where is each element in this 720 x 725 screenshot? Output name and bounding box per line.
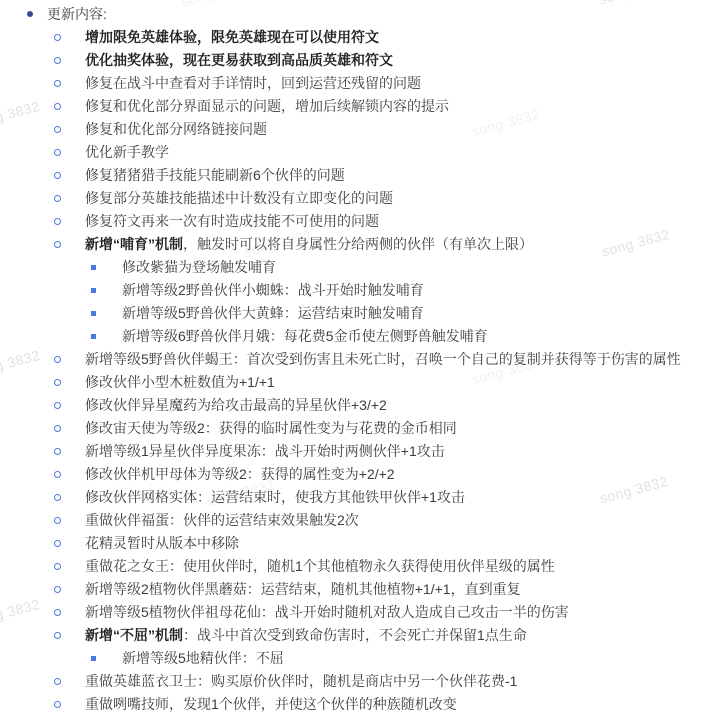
bullet-circle-icon (54, 448, 61, 455)
list-item: 新增等级5野兽伙伴大黄蜂：运营结束时触发哺育 (0, 302, 720, 325)
list-item-text: 新增等级5地精伙伴：不屈 (122, 650, 284, 666)
list-item: 修复在战斗中查看对手详情时，回到运营还残留的问题 (0, 72, 720, 95)
list-item: 修改伙伴小型木桩数值为+1/+1 (0, 371, 720, 394)
list-item-text: 增加限免英雄体验，限免英雄现在可以使用符文 (85, 29, 379, 45)
list-item-text: 新增等级5野兽伙伴大黄蜂：运营结束时触发哺育 (122, 305, 424, 321)
list-item: 修复部分英雄技能描述中计数没有立即变化的问题 (0, 187, 720, 210)
bullet-square-icon (91, 311, 96, 316)
list-item-text: 修复部分英雄技能描述中计数没有立即变化的问题 (85, 190, 393, 206)
list-item-text: 重做咧嘴技师，发现1个伙伴，并使这个伙伴的种族随机改变 (85, 696, 457, 712)
list-item: 修复和优化部分界面显示的问题，增加后续解锁内容的提示 (0, 95, 720, 118)
list-item-text: 新增等级2植物伙伴黑蘑菇：运营结束，随机其他植物+1/+1，直到重复 (85, 581, 521, 597)
bullet-circle-icon (54, 379, 61, 386)
bullet-circle-icon (54, 678, 61, 685)
list-item: 重做伙伴福蛋：伙伴的运营结束效果触发2次 (0, 509, 720, 532)
list-item: 修改伙伴机甲母体为等级2：获得的属性变为+2/+2 (0, 463, 720, 486)
list-item-text: 重做伙伴福蛋：伙伴的运营结束效果触发2次 (85, 512, 359, 528)
list-item: 新增“不屈”机制：战斗中首次受到致命伤害时，不会死亡并保留1点生命 (0, 624, 720, 647)
bullet-square-icon (91, 656, 96, 661)
bullet-circle-icon (54, 632, 61, 639)
bullet-circle-icon (54, 517, 61, 524)
bullet-circle-icon (54, 80, 61, 87)
bullet-circle-icon (54, 241, 61, 248)
bullet-circle-icon (54, 425, 61, 432)
list-item-text: 新增“不屈”机制：战斗中首次受到致命伤害时，不会死亡并保留1点生命 (85, 627, 527, 643)
list-item-text: 重做花之女王：使用伙伴时，随机1个其他植物永久获得使用伙伴星级的属性 (85, 558, 555, 574)
list-item-text: 新增等级5植物伙伴祖母花仙：战斗开始时随机对敌人造成自己攻击一半的伤害 (85, 604, 569, 620)
bullet-circle-icon (54, 218, 61, 225)
bullet-circle-icon (54, 540, 61, 547)
bullet-circle-icon (54, 195, 61, 202)
list-item: 新增等级2野兽伙伴小蜘蛛：战斗开始时触发哺育 (0, 279, 720, 302)
list-item: 新增等级1异星伙伴异度果冻：战斗开始时两侧伙伴+1攻击 (0, 440, 720, 463)
list-item-text: 修改伙伴异星魔药为给攻击最高的异星伙伴+3/+2 (85, 397, 387, 413)
list-item: 重做咧嘴技师，发现1个伙伴，并使这个伙伴的种族随机改变 (0, 693, 720, 716)
bullet-circle-icon (54, 172, 61, 179)
list-item-text: 修改伙伴小型木桩数值为+1/+1 (85, 374, 275, 390)
bullet-circle-icon (54, 149, 61, 156)
list-item-text: 修改宙天使为等级2：获得的临时属性变为与花费的金币相同 (85, 420, 457, 436)
list-item-text: 新增等级5野兽伙伴蝎王：首次受到伤害且未死亡时，召唤一个自己的复制并获得等于伤害… (85, 351, 681, 367)
list-item: 修改伙伴网格实体：运营结束时，使我方其他铁甲伙伴+1攻击 (0, 486, 720, 509)
list-item-text: 新增等级2野兽伙伴小蜘蛛：战斗开始时触发哺育 (122, 282, 424, 298)
list-item: 更新内容: (0, 3, 720, 26)
list-item: 新增“哺育”机制，触发时可以将自身属性分给两侧的伙伴（有单次上限） (0, 233, 720, 256)
bullet-circle-icon (54, 103, 61, 110)
list-item-text: 修改伙伴网格实体：运营结束时，使我方其他铁甲伙伴+1攻击 (85, 489, 465, 505)
list-item: 修改紫猫为登场触发哺育 (0, 256, 720, 279)
bullet-square-icon (91, 288, 96, 293)
list-item: 修复和优化部分网络链接问题 (0, 118, 720, 141)
list-item-text: 修改紫猫为登场触发哺育 (122, 259, 276, 275)
list-item: 修复符文再来一次有时造成技能不可使用的问题 (0, 210, 720, 233)
update-notes-document: 更新内容: 增加限免英雄体验，限免英雄现在可以使用符文 优化抽奖体验，现在更易获… (0, 3, 720, 716)
bullet-circle-icon (54, 563, 61, 570)
bullet-dot-icon (27, 11, 33, 17)
list-item-text: 优化抽奖体验，现在更易获取到高品质英雄和符文 (85, 52, 393, 68)
list-item: 重做英雄蓝衣卫士：购买原价伙伴时，随机是商店中另一个伙伴花费-1 (0, 670, 720, 693)
list-item: 增加限免英雄体验，限免英雄现在可以使用符文 (0, 26, 720, 49)
bullet-circle-icon (54, 57, 61, 64)
bullet-circle-icon (54, 494, 61, 501)
list-item: 修改宙天使为等级2：获得的临时属性变为与花费的金币相同 (0, 417, 720, 440)
bullet-circle-icon (54, 126, 61, 133)
list-item: 新增等级6野兽伙伴月娥：每花费5金币使左侧野兽触发哺育 (0, 325, 720, 348)
list-item: 重做花之女王：使用伙伴时，随机1个其他植物永久获得使用伙伴星级的属性 (0, 555, 720, 578)
list-item-text: 优化新手教学 (85, 144, 169, 160)
list-item-text: 修复在战斗中查看对手详情时，回到运营还残留的问题 (85, 75, 421, 91)
list-item-text: 修复猪猪猎手技能只能刷新6个伙伴的问题 (85, 167, 345, 183)
list-item: 花精灵暂时从版本中移除 (0, 532, 720, 555)
bullet-square-icon (91, 265, 96, 270)
list-item-text: 重做英雄蓝衣卫士：购买原价伙伴时，随机是商店中另一个伙伴花费-1 (85, 673, 517, 689)
bullet-circle-icon (54, 586, 61, 593)
list-item-text: 修复和优化部分网络链接问题 (85, 121, 267, 137)
list-item: 修复猪猪猎手技能只能刷新6个伙伴的问题 (0, 164, 720, 187)
list-item-text: 更新内容: (47, 6, 107, 22)
list-item-text: 新增“哺育”机制，触发时可以将自身属性分给两侧的伙伴（有单次上限） (85, 236, 533, 252)
list-item-text: 修复符文再来一次有时造成技能不可使用的问题 (85, 213, 379, 229)
list-item: 优化新手教学 (0, 141, 720, 164)
bullet-square-icon (91, 334, 96, 339)
list-item-text: 花精灵暂时从版本中移除 (85, 535, 239, 551)
list-item-text: 修改伙伴机甲母体为等级2：获得的属性变为+2/+2 (85, 466, 395, 482)
bullet-circle-icon (54, 609, 61, 616)
bullet-circle-icon (54, 402, 61, 409)
list-item: 优化抽奖体验，现在更易获取到高品质英雄和符文 (0, 49, 720, 72)
bullet-circle-icon (54, 701, 61, 708)
list-item-text: 修复和优化部分界面显示的问题，增加后续解锁内容的提示 (85, 98, 449, 114)
bullet-circle-icon (54, 34, 61, 41)
list-item: 新增等级5植物伙伴祖母花仙：战斗开始时随机对敌人造成自己攻击一半的伤害 (0, 601, 720, 624)
list-item: 新增等级5地精伙伴：不屈 (0, 647, 720, 670)
list-item: 新增等级5野兽伙伴蝎王：首次受到伤害且未死亡时，召唤一个自己的复制并获得等于伤害… (0, 348, 720, 371)
list-item-text: 新增等级1异星伙伴异度果冻：战斗开始时两侧伙伴+1攻击 (85, 443, 445, 459)
list-item: 修改伙伴异星魔药为给攻击最高的异星伙伴+3/+2 (0, 394, 720, 417)
list-item-text: 新增等级6野兽伙伴月娥：每花费5金币使左侧野兽触发哺育 (122, 328, 488, 344)
bullet-circle-icon (54, 471, 61, 478)
list-item: 新增等级2植物伙伴黑蘑菇：运营结束，随机其他植物+1/+1，直到重复 (0, 578, 720, 601)
bullet-circle-icon (54, 356, 61, 363)
